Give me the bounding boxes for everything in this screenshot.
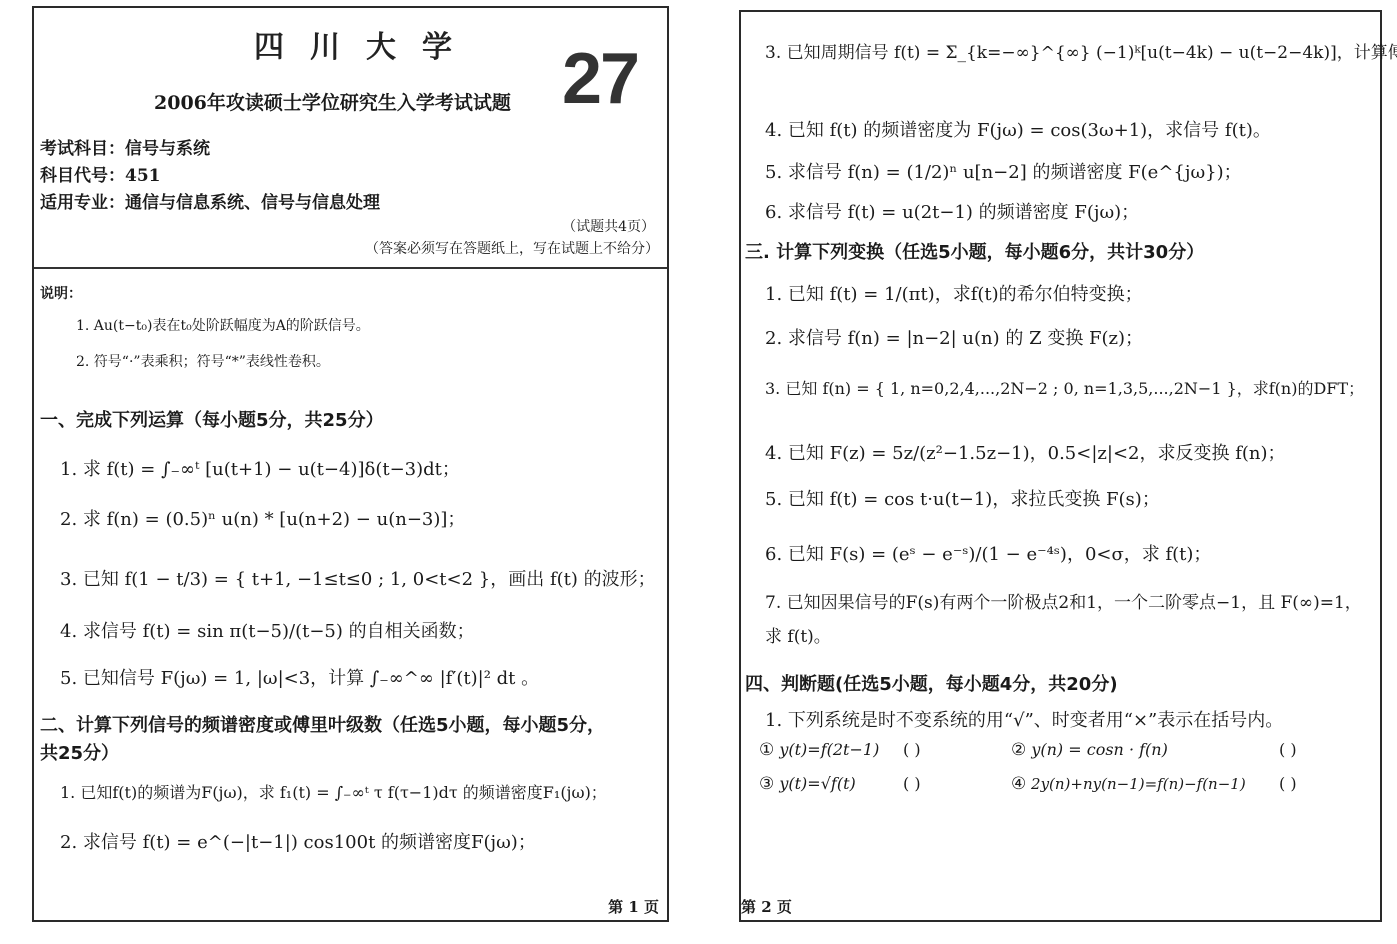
question-item: 5. 已知信号 F(jω) = 1, |ω|<3，计算 ∫₋∞^∞ |f′(t)… — [60, 664, 539, 690]
item-marker: ① — [759, 740, 774, 760]
system-expression: 2y(n)+ny(n−1)=f(n)−f(n−1) — [1031, 775, 1246, 793]
judgement-item-1: ① y(t)=f(2t−1) — [759, 740, 879, 760]
section-2-heading: 二、计算下列信号的频谱密度或傅里叶级数（任选5小题，每小题5分， — [40, 711, 605, 737]
section-3-heading: 三. 计算下列变换（任选5小题，每小题6分，共计30分） — [745, 238, 1204, 264]
section-1-heading: 一、完成下列运算（每小题5分，共25分） — [40, 406, 384, 432]
pages-note: （试题共4页） — [562, 216, 655, 236]
question-item: 2. 求 f(n) = (0.5)ⁿ u(n) * [u(n+2) − u(n−… — [60, 505, 465, 531]
question-item: 4. 已知 F(z) = 5z/(z²−1.5z−1)，0.5<|z|<2，求反… — [765, 439, 1286, 465]
question-item: 1. 已知f(t)的频谱为F(jω)，求 f₁(t) = ∫₋∞ᵗ τ f(τ−… — [60, 780, 607, 803]
header-divider — [34, 267, 667, 269]
judgement-item-3: ③ y(t)=√f(t) — [759, 774, 856, 794]
applicable-majors: 适用专业：通信与信息系统、信号与信息处理 — [40, 188, 380, 213]
question-item: 5. 求信号 f(n) = (1/2)ⁿ u[n−2] 的频谱密度 F(e^{j… — [765, 158, 1242, 184]
question-item: 7. 已知因果信号的F(s)有两个一阶极点2和1，一个二阶零点−1，且 F(∞)… — [765, 586, 1375, 654]
instructions-heading: 说明： — [40, 283, 82, 303]
exam-title: 2006年攻读硕士学位研究生入学考试试题 — [154, 88, 511, 115]
question-item: 4. 求信号 f(t) = sin π(t−5)/(t−5) 的自相关函数； — [60, 617, 475, 643]
exam-page-1: 四川大学 2006年攻读硕士学位研究生入学考试试题 27 考试科目：信号与系统 … — [32, 6, 669, 922]
question-item: 1. 下列系统是时不变系统的用“√”、时变者用“×”表示在括号内。 — [765, 706, 1283, 732]
university-name: 四川大学 — [254, 22, 478, 66]
item-marker: ④ — [1011, 774, 1026, 794]
section-2-heading-cont: 共25分） — [40, 739, 119, 765]
page-number-label: 第 1 页 — [608, 896, 659, 917]
question-item: 2. 求信号 f(n) = |n−2| u(n) 的 Z 变换 F(z)； — [765, 324, 1143, 350]
answer-bracket[interactable]: ( ) — [1279, 740, 1297, 759]
exam-subject: 考试科目：信号与系统 — [40, 134, 210, 159]
subject-code: 科目代号：451 — [40, 161, 161, 186]
answer-bracket[interactable]: ( ) — [903, 774, 921, 793]
question-item: 6. 已知 F(s) = (eˢ − e⁻ˢ)/(1 − e⁻⁴ˢ)，0<σ，求… — [765, 540, 1211, 566]
answer-note: （答案必须写在答题纸上，写在试题上不给分） — [365, 238, 659, 258]
paper-number: 27 — [562, 38, 638, 120]
answer-bracket[interactable]: ( ) — [1279, 774, 1297, 793]
question-item: 1. 已知 f(t) = 1/(πt)，求f(t)的希尔伯特变换； — [765, 280, 1143, 306]
system-expression: y(t)=f(2t−1) — [779, 740, 879, 759]
instruction-item: 2. 符号“·”表乘积；符号“*”表线性卷积。 — [76, 351, 330, 371]
question-item: 5. 已知 f(t) = cos t·u(t−1)，求拉氏变换 F(s)； — [765, 485, 1160, 511]
instruction-item: 1. Au(t−t₀)表在t₀处阶跃幅度为A的阶跃信号。 — [76, 315, 370, 335]
question-item: 2. 求信号 f(t) = e^(−|t−1|) cos100t 的频谱密度F(… — [60, 828, 536, 854]
question-item: 3. 已知周期信号 f(t) = Σ_{k=−∞}^{∞} (−1)ᵏ[u(t−… — [765, 38, 1397, 63]
section-4-heading: 四、判断题(任选5小题，每小题4分，共20分) — [745, 670, 1118, 696]
system-expression: y(n) = cosn · f(n) — [1031, 740, 1167, 759]
page-number-label: 第 2 页 — [741, 896, 792, 917]
system-expression: y(t)=√f(t) — [779, 774, 855, 793]
item-marker: ② — [1011, 740, 1026, 760]
question-item: 1. 求 f(t) = ∫₋∞ᵗ [u(t+1) − u(t−4)]δ(t−3)… — [60, 455, 460, 481]
answer-bracket[interactable]: ( ) — [903, 740, 921, 759]
question-item: 6. 求信号 f(t) = u(2t−1) 的频谱密度 F(jω)； — [765, 198, 1139, 224]
exam-page-2: 3. 已知周期信号 f(t) = Σ_{k=−∞}^{∞} (−1)ᵏ[u(t−… — [739, 10, 1382, 922]
judgement-item-4: ④ 2y(n)+ny(n−1)=f(n)−f(n−1) — [1011, 774, 1246, 794]
judgement-item-2: ② y(n) = cosn · f(n) — [1011, 740, 1168, 760]
question-item: 3. 已知 f(1 − t/3) = { t+1, −1≤t≤0 ; 1, 0<… — [60, 565, 656, 591]
question-item: 3. 已知 f(n) = { 1, n=0,2,4,...,2N−2 ; 0, … — [765, 376, 1364, 399]
item-marker: ③ — [759, 774, 774, 794]
question-item: 4. 已知 f(t) 的频谱密度为 F(jω) = cos(3ω+1)，求信号 … — [765, 116, 1271, 142]
